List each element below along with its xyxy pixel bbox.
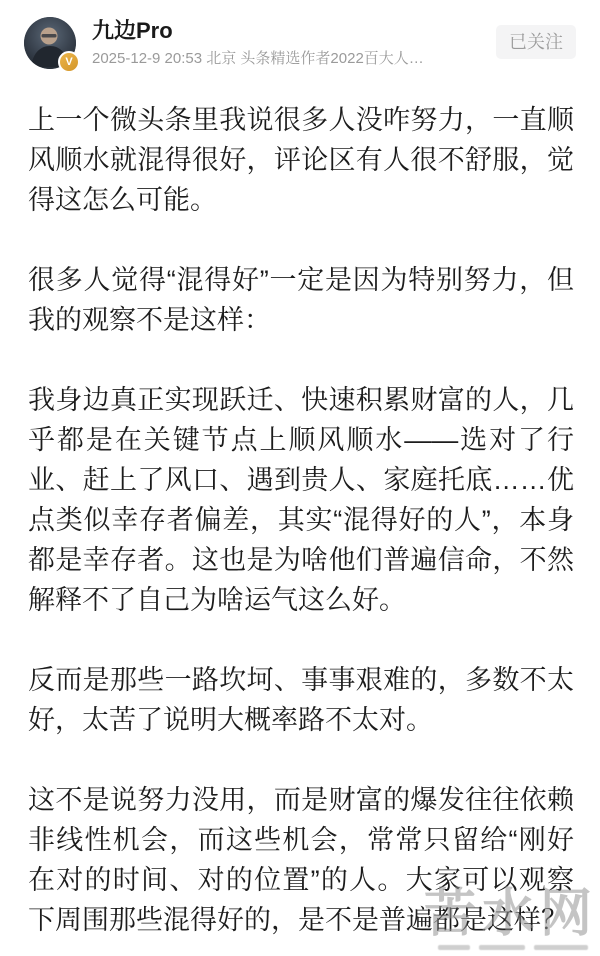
post-paragraph: 我身边真正实现跃迁、快速积累财富的人，几乎都是在关键节点上顺风顺水——选对了行业… (28, 380, 574, 620)
avatar[interactable]: V (24, 17, 76, 69)
followed-button[interactable]: 已关注 (496, 25, 576, 59)
watermark-subtext-blur (424, 940, 598, 950)
watermark-subword (534, 945, 588, 950)
watermark-subword (438, 945, 470, 950)
verified-badge-icon: V (58, 51, 80, 73)
post-paragraph: 上一个微头条里我说很多人没咋努力，一直顺风顺水就混得很好，评论区有人很不舒服，觉… (28, 100, 574, 220)
post-paragraph: 很多人觉得“混得好”一定是因为特别努力，但我的观察不是这样： (28, 260, 574, 340)
watermark-subword (479, 945, 525, 950)
post-card: V 九边Pro 2025-12-9 20:53 北京 头条精选作者2022百大人… (0, 0, 600, 956)
post-meta: 2025-12-9 20:53 北京 头条精选作者2022百大人… (92, 50, 477, 68)
post-paragraph: 反而是那些一路坎坷、事事艰难的，多数不太好，太苦了说明大概率路不太对。 (28, 660, 574, 740)
post-content: 上一个微头条里我说很多人没咋努力，一直顺风顺水就混得很好，评论区有人很不舒服，觉… (28, 100, 574, 940)
post-header: V 九边Pro 2025-12-9 20:53 北京 头条精选作者2022百大人… (24, 16, 576, 74)
post-paragraph: 这不是说努力没用，而是财富的爆发往往依赖非线性机会，而这些机会，常常只留给“刚好… (28, 780, 574, 940)
